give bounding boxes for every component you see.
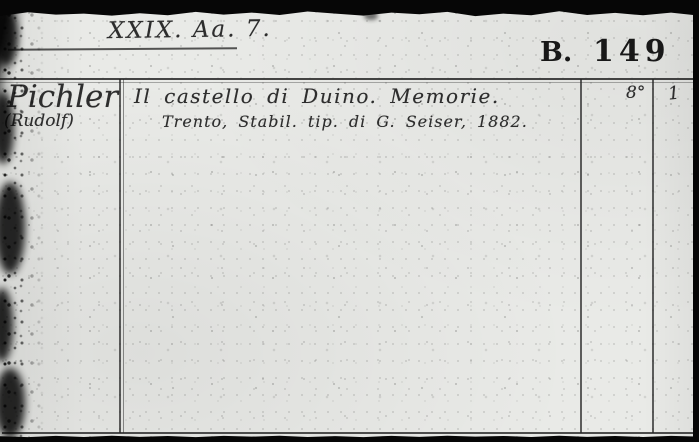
entry-title: Il castello di Duino. Memorie. bbox=[134, 84, 500, 108]
volume-column-divider bbox=[652, 79, 654, 433]
volume-count: 1 bbox=[667, 82, 681, 104]
catalog-card-scan: XXIX. Aa. 7. B. 149 Pichler (Rudolf) Il … bbox=[0, 0, 699, 442]
scan-edge-top bbox=[0, 0, 699, 17]
entry-imprint: Trento, Stabil. tip. di G. Seiser, 1882. bbox=[162, 112, 528, 131]
format-mark: 8° bbox=[626, 83, 645, 103]
scan-edge-right bbox=[693, 0, 699, 442]
table-bottom-rule bbox=[2, 432, 694, 434]
series-letter: B. bbox=[540, 37, 572, 68]
shelfmark-underline bbox=[8, 47, 237, 50]
shelfmark: XXIX. Aa. 7. bbox=[108, 16, 272, 44]
author-column-divider bbox=[119, 79, 121, 433]
author-column-divider-echo bbox=[123, 79, 125, 433]
card-number: 149 bbox=[593, 34, 671, 69]
scan-edge-bottom bbox=[0, 435, 699, 442]
format-column-divider bbox=[580, 79, 582, 433]
